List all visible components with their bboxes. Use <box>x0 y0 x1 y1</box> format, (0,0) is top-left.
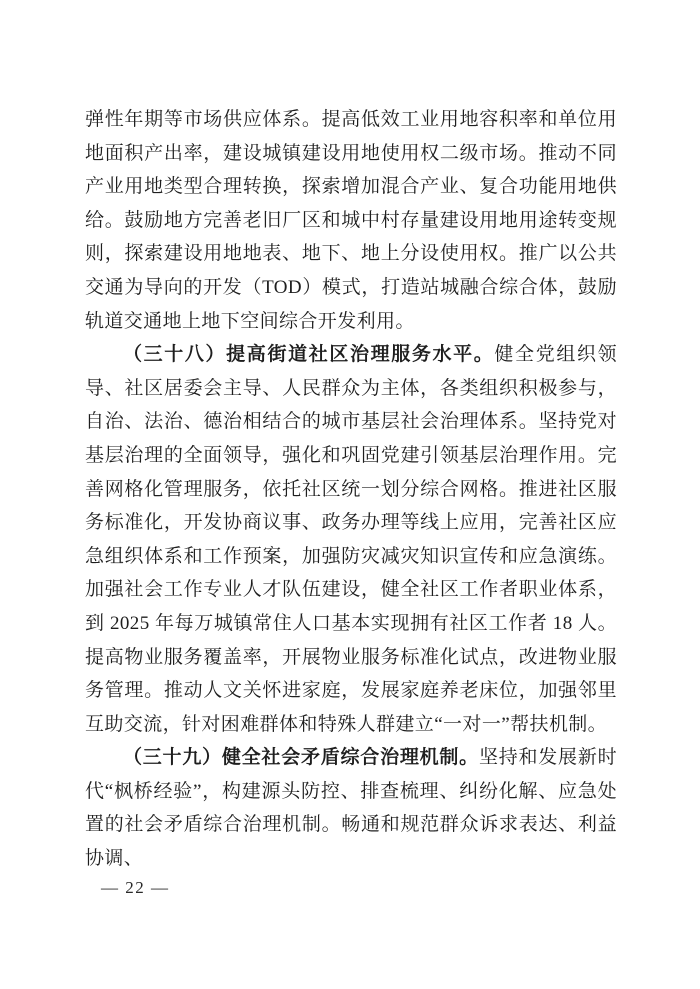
paragraph: （三十八）提高街道社区治理服务水平。健全党组织领导、社区居委会主导、人民群众为主… <box>85 338 617 741</box>
paragraph: （三十九）健全社会矛盾综合治理机制。坚持和发展新时代“枫桥经验”，构建源头防控、… <box>85 741 617 875</box>
document-body: 弹性年期等市场供应体系。提高低效工业用地容积率和单位用地面积产出率，建设城镇建设… <box>85 103 617 876</box>
section-heading: （三十八）提高街道社区治理服务水平。 <box>123 344 494 365</box>
paragraph-text: 健全党组织领导、社区居委会主导、人民群众为主体，各类组织积极参与，自治、法治、德… <box>85 344 617 735</box>
page-number: — 22 — <box>101 877 170 899</box>
section-heading: （三十九）健全社会矛盾综合治理机制。 <box>123 747 479 768</box>
paragraph: 弹性年期等市场供应体系。提高低效工业用地容积率和单位用地面积产出率，建设城镇建设… <box>85 103 617 338</box>
paragraph-text: 弹性年期等市场供应体系。提高低效工业用地容积率和单位用地面积产出率，建设城镇建设… <box>85 109 617 332</box>
document-page: 弹性年期等市场供应体系。提高低效工业用地容积率和单位用地面积产出率，建设城镇建设… <box>0 0 700 989</box>
